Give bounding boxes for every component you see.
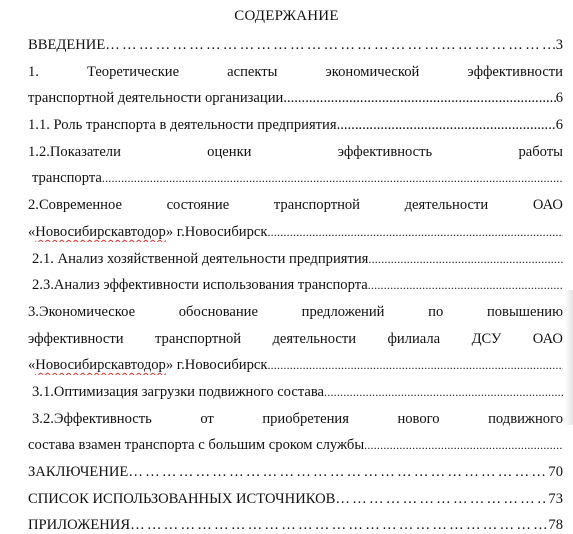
leader-dots: ……………………………………………………………………………………………………………: [128, 462, 548, 482]
leader-dots: ........................................…: [267, 355, 563, 375]
leader-dots: ........................................…: [324, 382, 563, 402]
toc-word: эффективности: [467, 62, 563, 82]
spellcheck-underline: Новосибирскавтодор: [35, 224, 166, 240]
toc-word: аспекты: [227, 62, 277, 82]
toc-entry-references[interactable]: СПИСОК ИСПОЛЬЗОВАННЫХ ИСТОЧНИКОВ ……………………: [28, 489, 563, 509]
leader-dots: ........................................…: [368, 249, 563, 269]
page-edge-shadow: [565, 290, 573, 425]
toc-word: ОАО: [533, 195, 563, 215]
toc-entry-chapter-1-line1[interactable]: 1.Теоретическиеаспектыэкономическойэффек…: [28, 62, 563, 82]
toc-word: филиала: [387, 329, 440, 349]
toc-entry-section-1-2-line2[interactable]: транспорта .............................…: [32, 168, 563, 188]
toc-entry-section-2-1[interactable]: 2.1. Анализ хозяйственной деятельности п…: [32, 249, 563, 269]
leader-dots: ........................................…: [267, 222, 563, 242]
toc-word: обоснование: [179, 302, 258, 322]
document-page: СОДЕРЖАНИЕ ВВЕДЕНИЕ ………………………………………………………: [0, 0, 573, 534]
leader-dots: ........................................…: [364, 435, 563, 455]
page-number: 6: [556, 88, 563, 108]
toc-word: оценки: [207, 142, 251, 162]
page-number: 73: [548, 489, 563, 509]
toc-word: деятельности: [273, 329, 357, 349]
leader-dots: ........................................…: [337, 115, 556, 135]
toc-entry-conclusion[interactable]: ЗАКЛЮЧЕНИЕ ………………………………………………………………………………: [28, 462, 563, 482]
page-number: 70: [548, 462, 563, 482]
toc-word: приобретения: [262, 409, 349, 429]
spellcheck-underline: Новосибирскавтодор: [35, 357, 166, 373]
leader-dots: ……………………………………………………………………………………………………………: [335, 489, 548, 509]
toc-word: деятельности: [405, 195, 489, 215]
toc-entry-appendices[interactable]: ПРИЛОЖЕНИЯ ………………………………………………………………………………: [28, 515, 563, 534]
toc-word: транспортной: [155, 329, 241, 349]
toc-word: 1.: [28, 62, 39, 82]
toc-entry-chapter-2-line2[interactable]: «Новосибирскавтодор» г.Новосибирск .....…: [28, 222, 563, 242]
toc-entry-section-2-3[interactable]: 2.3.Анализ эффективности использования т…: [32, 275, 563, 295]
toc-entry-introduction[interactable]: ВВЕДЕНИЕ ……………………………………………………………………………………: [28, 35, 563, 55]
toc-word: 2.Современное: [28, 195, 122, 215]
toc-entry-section-1-1[interactable]: 1.1. Роль транспорта в деятельности пред…: [28, 115, 563, 135]
toc-word: транспортной: [274, 195, 360, 215]
toc-word: 1.2.Показатели: [28, 142, 121, 162]
toc-word: ОАО: [533, 329, 563, 349]
toc-word: повышению: [487, 302, 563, 322]
toc-entry-section-3-2-line1[interactable]: 3.2.Эффективностьотприобретенияновогопод…: [32, 409, 563, 429]
toc-title: СОДЕРЖАНИЕ: [0, 8, 573, 25]
toc-word: нового: [397, 409, 439, 429]
toc-word: предложений: [302, 302, 385, 322]
toc-entry-chapter-1-line2[interactable]: транспортной деятельности организации ..…: [28, 88, 563, 108]
toc-entry-section-3-2-line2[interactable]: состава взамен транспорта с большим срок…: [28, 435, 563, 455]
page-number: 6: [556, 115, 563, 135]
toc-entry-chapter-2-line1[interactable]: 2.Современноесостояниетранспортнойдеятел…: [28, 195, 563, 215]
toc-entry-chapter-3-line1[interactable]: 3.Экономическоеобоснованиепредложенийпоп…: [28, 302, 563, 322]
toc-word: 3.2.Эффективность: [32, 409, 152, 429]
toc-word: от: [200, 409, 213, 429]
toc-word: 3.Экономическое: [28, 302, 135, 322]
leader-dots: ........................................…: [283, 88, 555, 108]
toc-word: работы: [518, 142, 563, 162]
toc-word: Теоретические: [87, 62, 179, 82]
toc-entry-chapter-3-line3[interactable]: «Новосибирскавтодор» г.Новосибирск .....…: [28, 355, 563, 375]
page-number: 3: [556, 35, 563, 55]
page-number: 78: [548, 515, 563, 534]
leader-dots: ........................................…: [102, 168, 563, 188]
toc-word: подвижного: [488, 409, 563, 429]
toc-word: состояние: [167, 195, 230, 215]
leader-dots: ........................................…: [368, 275, 563, 295]
toc-word: по: [428, 302, 443, 322]
toc-word: ДСУ: [472, 329, 502, 349]
leader-dots: ……………………………………………………………………………………………………………: [105, 35, 555, 55]
toc-word: эффективности: [28, 329, 124, 349]
toc-word: эффективность: [338, 142, 432, 162]
toc-word: экономической: [325, 62, 419, 82]
leader-dots: ……………………………………………………………………………………………………………: [130, 515, 548, 534]
toc-entry-section-1-2-line1[interactable]: 1.2.Показателиоценкиэффективностьработы: [28, 142, 563, 162]
toc-entry-chapter-3-line2[interactable]: эффективноститранспортнойдеятельностифил…: [28, 329, 563, 349]
toc-entry-section-3-1[interactable]: 3.1.Оптимизация загрузки подвижного сост…: [32, 382, 563, 402]
